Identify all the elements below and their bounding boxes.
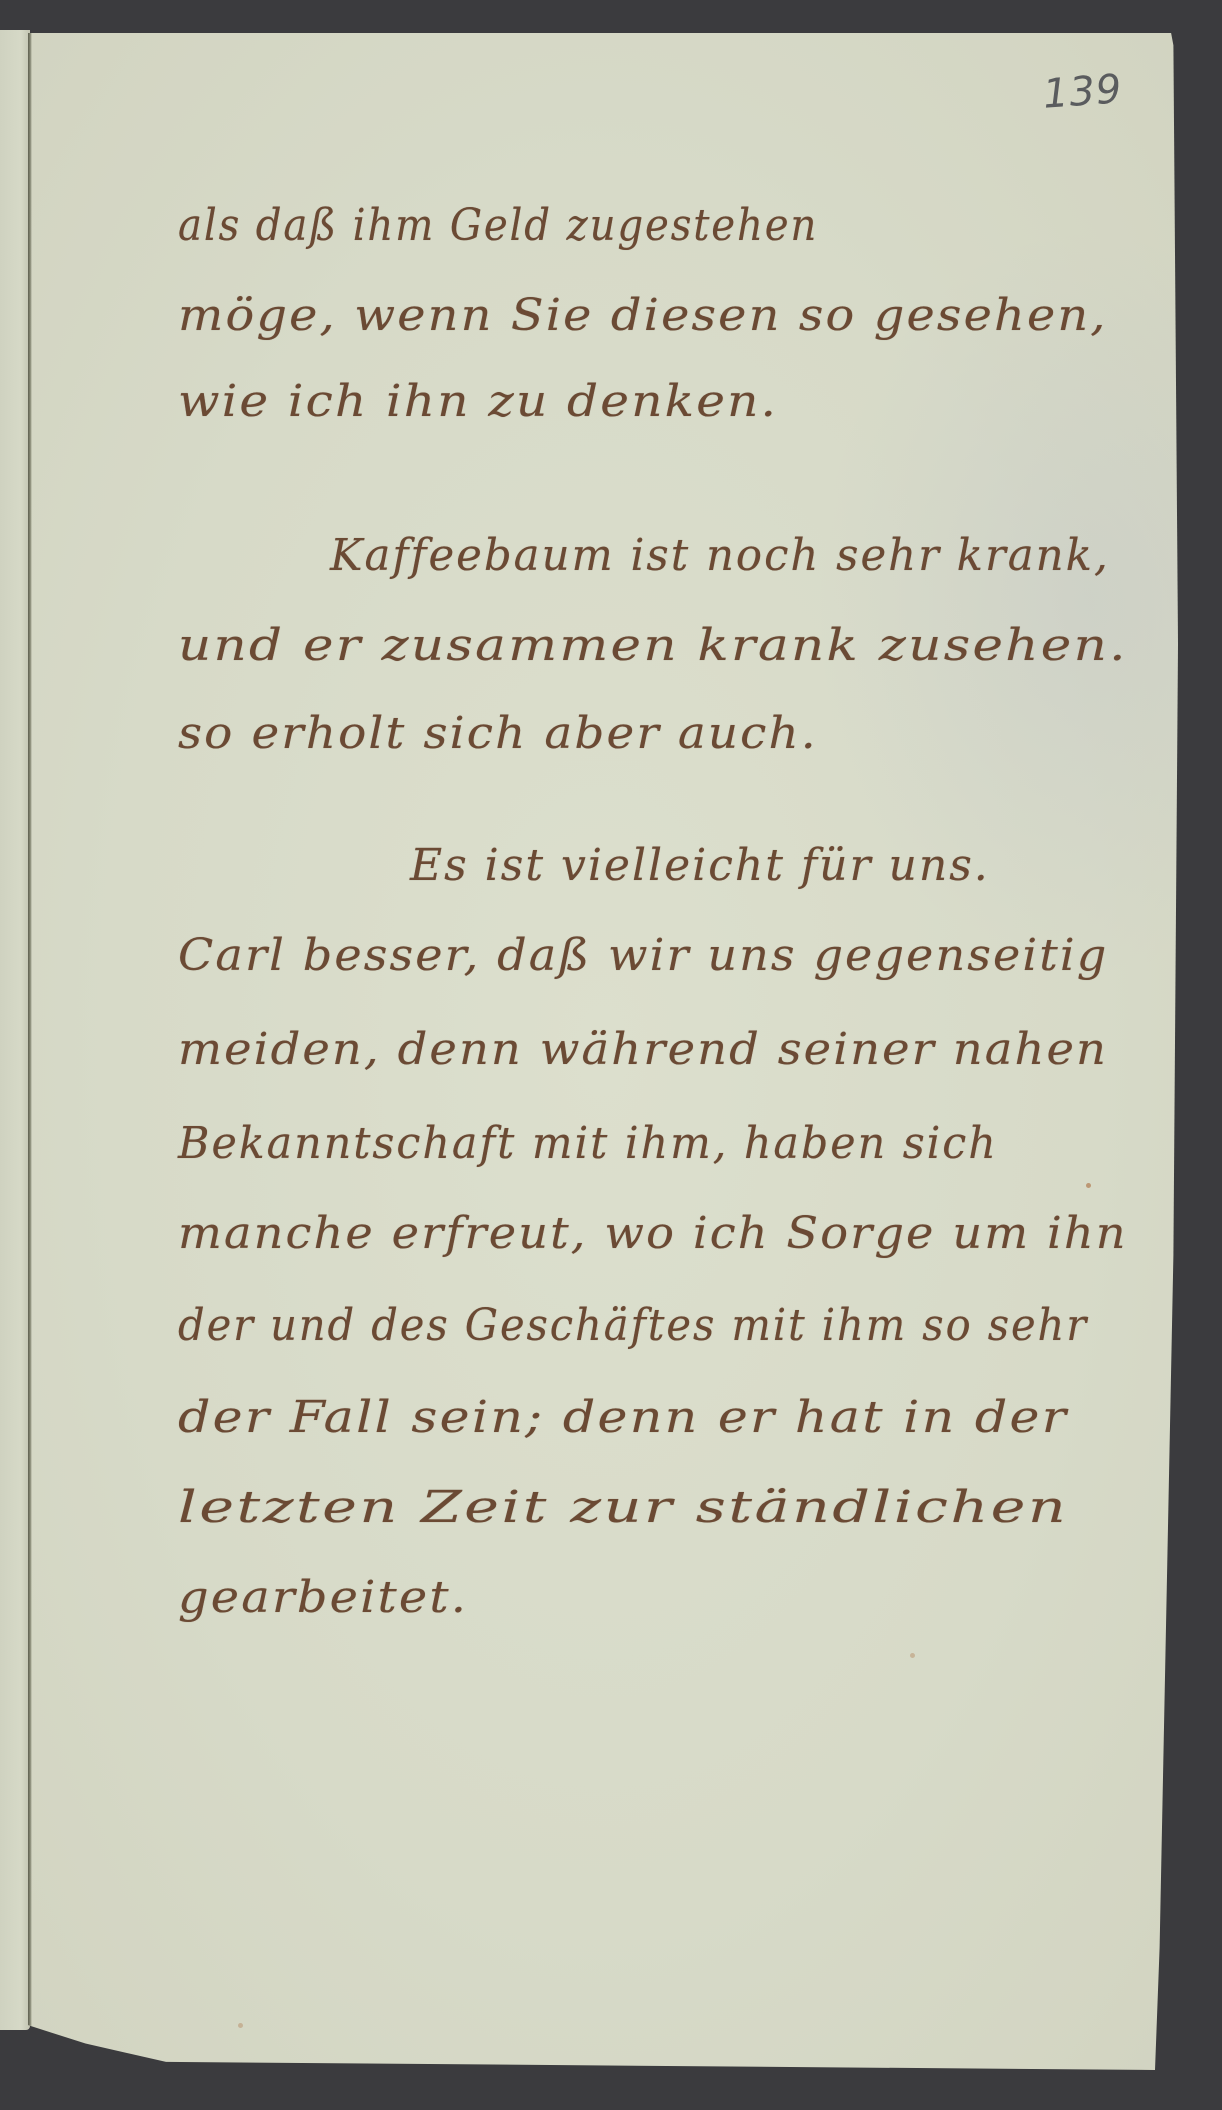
manuscript-line: Kaffeebaum ist noch sehr krank,: [330, 530, 1110, 581]
foxing-spot: [1086, 1183, 1091, 1188]
manuscript-line: so erholt sich aber auch.: [178, 708, 818, 759]
manuscript-line: wie ich ihn zu denken.: [178, 376, 778, 427]
manuscript-line: gearbeitet.: [178, 1572, 468, 1623]
manuscript-text: als daß ihm Geld zugestehen möge, wenn S…: [28, 33, 1178, 2070]
foxing-spot: [238, 2023, 243, 2028]
manuscript-line: der und des Geschäftes mit ihm so sehr: [178, 1300, 1088, 1351]
manuscript-line: manche erfreut, wo ich Sorge um ihn: [178, 1208, 1128, 1259]
manuscript-line: und er zusammen krank zusehen.: [178, 620, 1128, 671]
foxing-spot: [910, 1653, 915, 1658]
manuscript-line: letzten Zeit zur ständlichen: [178, 1482, 1068, 1533]
manuscript-page: 139 als daß ihm Geld zugestehen möge, we…: [28, 33, 1178, 2070]
manuscript-line: Bekanntschaft mit ihm, haben sich: [178, 1118, 998, 1169]
previous-leaf-edge: [0, 30, 30, 2030]
manuscript-line: Carl besser, daß wir uns gegenseitig: [178, 930, 1108, 981]
manuscript-line: der Fall sein; denn er hat in der: [178, 1392, 1068, 1443]
manuscript-line: möge, wenn Sie diesen so gesehen,: [178, 290, 1108, 341]
manuscript-line: als daß ihm Geld zugestehen: [178, 200, 818, 251]
manuscript-line: meiden, denn während seiner nahen: [178, 1024, 1108, 1075]
manuscript-line: Es ist vielleicht für uns.: [410, 840, 990, 891]
